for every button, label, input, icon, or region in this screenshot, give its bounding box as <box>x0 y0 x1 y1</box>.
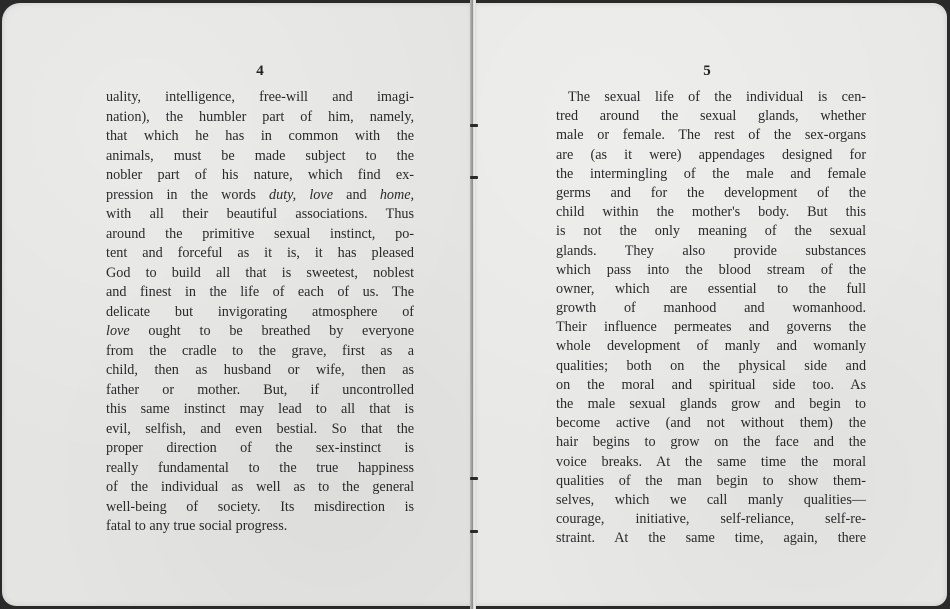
text-line: with all their beautiful associations. T… <box>106 205 414 225</box>
page-number-left: 4 <box>250 63 270 80</box>
text-line: owner, which are essential to the full <box>556 280 866 299</box>
text-line: male or female. The rest of the sex-orga… <box>556 126 866 145</box>
binding-staple <box>470 124 478 127</box>
text-line: pression in the words duty, love and hom… <box>106 186 414 206</box>
text-line: germs and for the development of the <box>556 184 866 203</box>
text-line: on the moral and spiritual side too. As <box>556 376 866 395</box>
text-line: proper direction of the sex-instinct is <box>106 439 414 459</box>
scanned-spread: 4 5 uality, intelligence, free-will and … <box>0 0 950 609</box>
text-line: growth of manhood and womanhood. <box>556 299 866 318</box>
text-line: which pass into the blood stream of the <box>556 261 866 280</box>
text-line: father or mother. But, if uncontrolled <box>106 381 414 401</box>
text-line: voice breaks. At the same time the moral <box>556 453 866 472</box>
text-line: fatal to any true social progress. <box>106 517 414 537</box>
text-line: really fundamental to the true happiness <box>106 459 414 479</box>
text-line: qualities of the man begin to show them- <box>556 472 866 491</box>
binding-staple <box>470 530 478 533</box>
text-line: is not the only meaning of the sexual <box>556 222 866 241</box>
left-page-text: uality, intelligence, free-will and imag… <box>106 88 414 537</box>
text-line: qualities; both on the physical side and <box>556 357 866 376</box>
text-line: The sexual life of the individual is cen… <box>556 88 866 107</box>
text-line: God to build all that is sweetest, noble… <box>106 264 414 284</box>
right-page-text: The sexual life of the individual is cen… <box>556 88 866 549</box>
text-line: well-being of society. Its misdirection … <box>106 498 414 518</box>
text-line: of the individual as well as to the gene… <box>106 478 414 498</box>
text-line: uality, intelligence, free-will and imag… <box>106 88 414 108</box>
text-line: courage, initiative, self-reliance, self… <box>556 510 866 529</box>
text-line: evil, selfish, and even bestial. So that… <box>106 420 414 440</box>
page-number-right: 5 <box>697 63 717 80</box>
text-line: the intermingling of the male and female <box>556 165 866 184</box>
text-line: tent and forceful as it is, it has pleas… <box>106 244 414 264</box>
binding-staple <box>470 477 478 480</box>
text-line: whole development of manly and womanly <box>556 337 866 356</box>
text-line: the male sexual glands grow and begin to <box>556 395 866 414</box>
text-line: become active (and not without them) the <box>556 414 866 433</box>
text-line: tred around the sexual glands, whether <box>556 107 866 126</box>
binding-staple <box>470 176 478 179</box>
text-line: around the primitive sexual instinct, po… <box>106 225 414 245</box>
text-line: nation), the humbler part of him, namely… <box>106 108 414 128</box>
text-line: love ought to be breathed by everyone <box>106 322 414 342</box>
text-line: are (as it were) appendages designed for <box>556 146 866 165</box>
text-line: child within the mother's body. But this <box>556 203 866 222</box>
text-line: animals, must be made subject to the <box>106 147 414 167</box>
text-line: from the cradle to the grave, first as a <box>106 342 414 362</box>
text-line: hair begins to grow on the face and the <box>556 433 866 452</box>
text-line: child, then as husband or wife, then as <box>106 361 414 381</box>
text-line: selves, which we call manly qualities— <box>556 491 866 510</box>
text-line: straint. At the same time, again, there <box>556 529 866 548</box>
text-line: Their influence permeates and governs th… <box>556 318 866 337</box>
text-line: this same instinct may lead to all that … <box>106 400 414 420</box>
book-spine <box>470 0 476 609</box>
text-line: that which he has in common with the <box>106 127 414 147</box>
text-line: nobler part of his nature, which find ex… <box>106 166 414 186</box>
text-line: delicate but invigorating atmosphere of <box>106 303 414 323</box>
text-line: and finest in the life of each of us. Th… <box>106 283 414 303</box>
text-line: glands. They also provide substances <box>556 242 866 261</box>
